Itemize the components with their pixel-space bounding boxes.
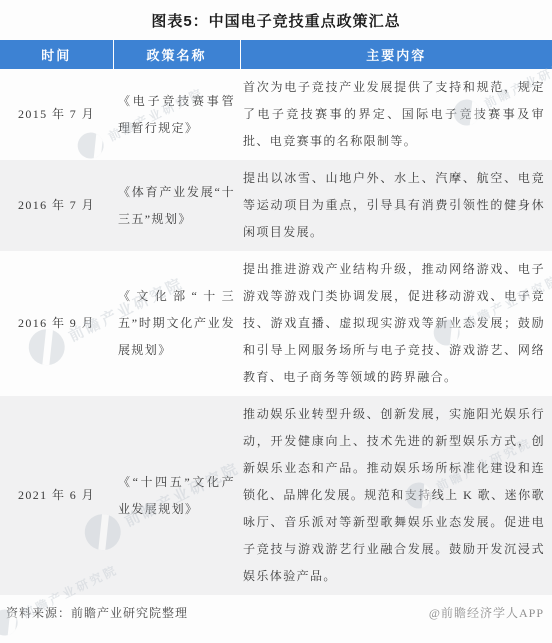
table-header-row: 时间 政策名称 主要内容	[0, 40, 552, 69]
source-note: 资料来源：前瞻产业研究院整理	[6, 604, 188, 621]
figure-footer: 资料来源：前瞻产业研究院整理 @前瞻经济学人APP	[0, 604, 552, 621]
policy-table: 时间 政策名称 主要内容 2015 年 7 月 《电子竞技赛事管理暂行规定》 首…	[0, 40, 552, 595]
table-row: 2016 年 7 月 《体育产业发展“十三五”规划》 提出以冰雪、山地户外、水上…	[0, 160, 552, 251]
table-row: 2021 年 6 月 《“十四五”文化产业发展规划》 推动娱乐业转型升级、创新发…	[0, 396, 552, 595]
table-row: 2015 年 7 月 《电子竞技赛事管理暂行规定》 首次为电子竞技产业发展提供了…	[0, 69, 552, 160]
column-header-content: 主要内容	[240, 40, 552, 69]
time-cell: 2021 年 6 月	[0, 396, 113, 595]
content-cell: 首次为电子竞技产业发展提供了支持和规范，规定了电子竞技赛事的界定、国际电子竞技赛…	[240, 69, 552, 160]
policy-cell: 《体育产业发展“十三五”规划》	[113, 160, 240, 251]
credit-note: @前瞻经济学人APP	[429, 604, 544, 621]
content-cell: 推动娱乐业转型升级、创新发展，实施阳光娱乐行动，开发健康向上、技术先进的新型娱乐…	[240, 396, 552, 595]
report-figure-page: 图表5：中国电子竞技重点政策汇总 时间 政策名称 主要内容 2015 年 7 月…	[0, 0, 552, 643]
time-cell: 2015 年 7 月	[0, 69, 113, 160]
table-row: 2016 年 9 月 《文化部“十三五”时期文化产业发展规划》 提出推进游戏产业…	[0, 251, 552, 396]
time-cell: 2016 年 9 月	[0, 251, 113, 396]
column-header-time: 时间	[0, 40, 113, 69]
content-cell: 提出以冰雪、山地户外、水上、汽摩、航空、电竞等运动项目为重点，引导具有消费引领性…	[240, 160, 552, 251]
content-cell: 提出推进游戏产业结构升级，推动网络游戏、电子游戏等游戏门类协调发展，促进移动游戏…	[240, 251, 552, 396]
policy-cell: 《“十四五”文化产业发展规划》	[113, 396, 240, 595]
policy-cell: 《文化部“十三五”时期文化产业发展规划》	[113, 251, 240, 396]
policy-cell: 《电子竞技赛事管理暂行规定》	[113, 69, 240, 160]
time-cell: 2016 年 7 月	[0, 160, 113, 251]
column-header-policy: 政策名称	[113, 40, 240, 69]
page-title: 图表5：中国电子竞技重点政策汇总	[0, 0, 552, 31]
